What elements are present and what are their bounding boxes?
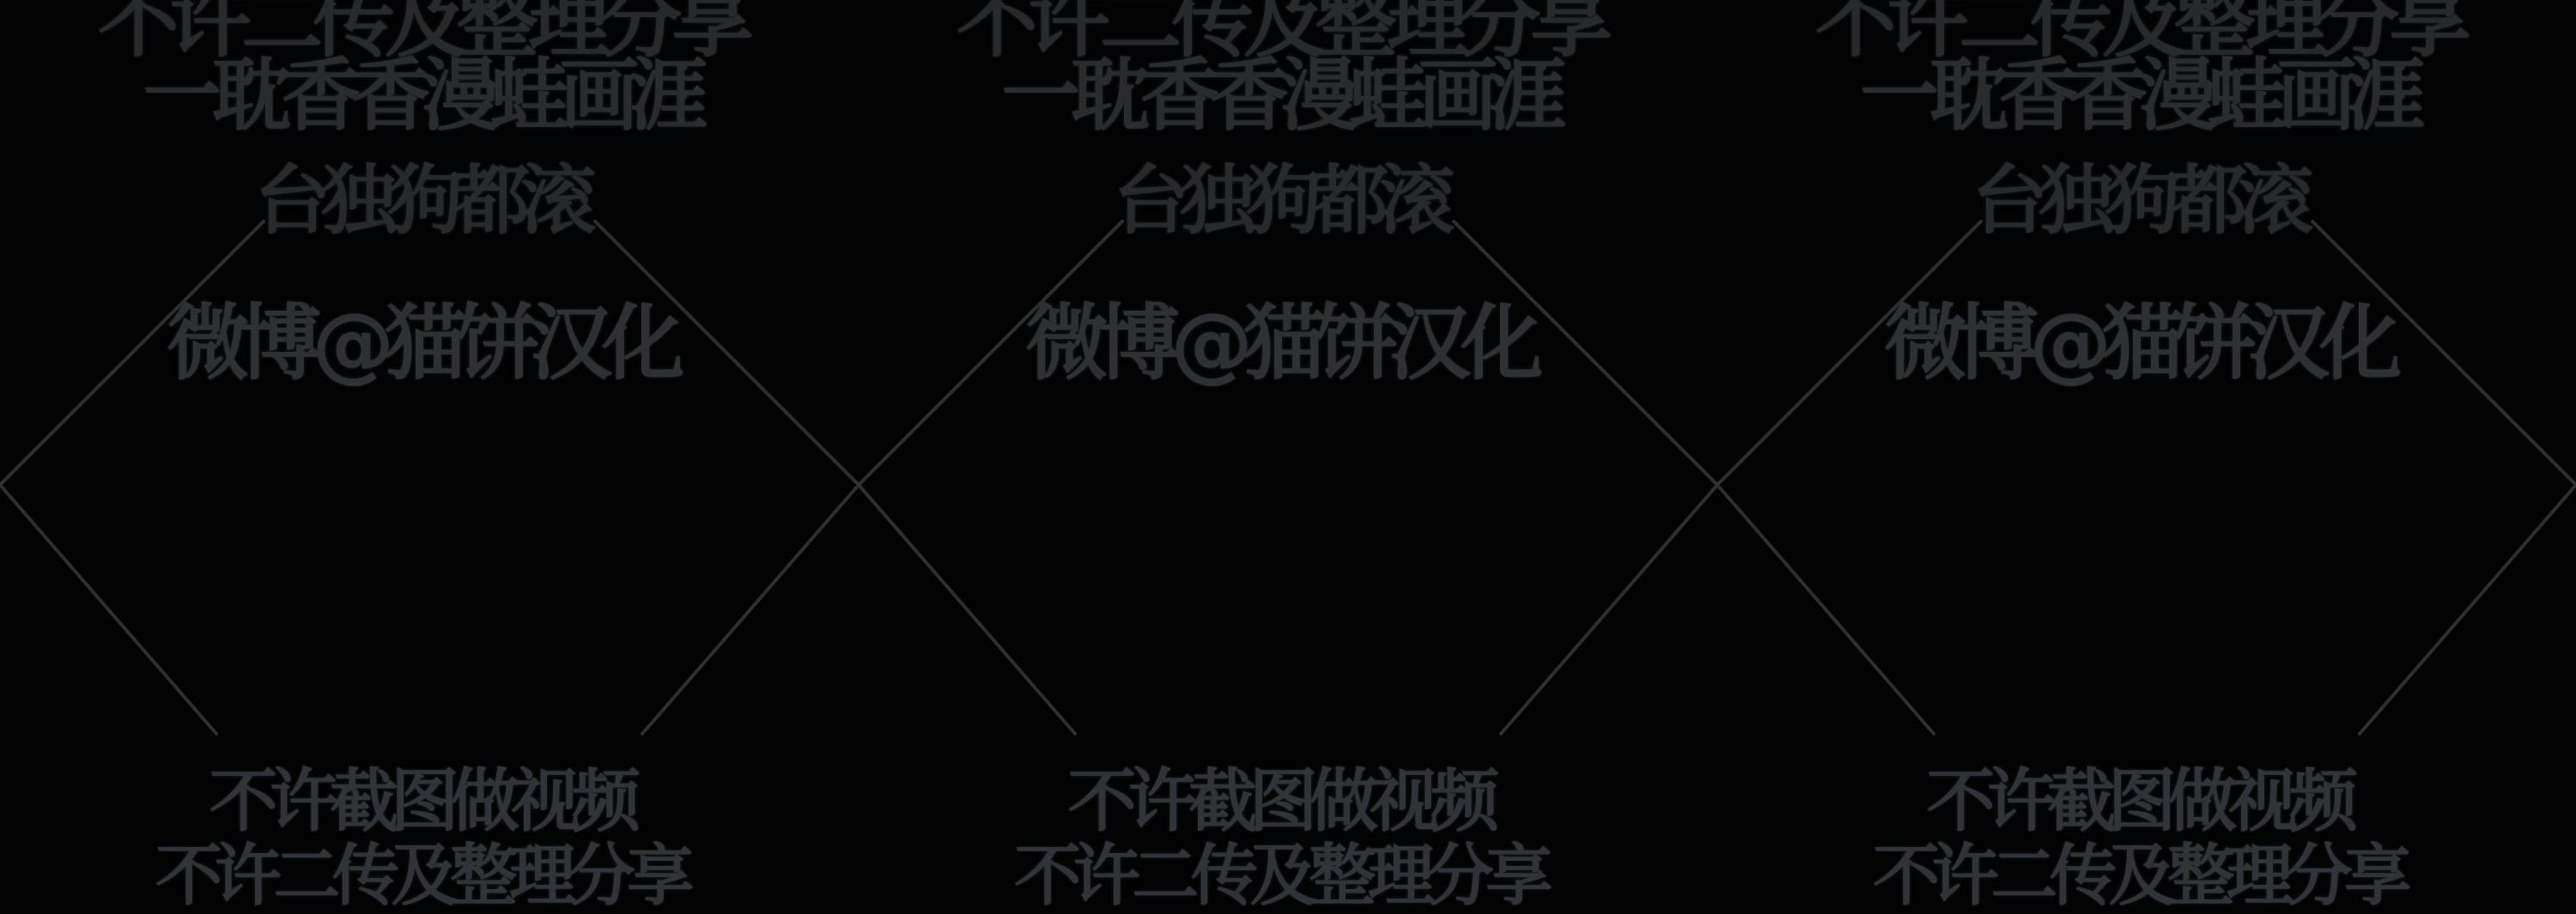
watermark-banned-sites: 一耽香香漫蛙画涯 <box>850 57 1709 136</box>
watermark-taidu-line: 台独狗都滚 <box>850 163 1709 239</box>
watermark-banned-sites: 一耽香香漫蛙画涯 <box>1709 57 2567 136</box>
watermark-taidu-line: 台独狗都滚 <box>0 163 850 239</box>
watermark-no-screenshot: 不许截图做视频 <box>850 767 1709 836</box>
watermark-weibo-credit: 微博@猫饼汉化 <box>850 302 1709 384</box>
watermark-warning-bottom: 不许二传及整理分享 <box>0 843 850 910</box>
censored-comic-page: 不许二传及整理分享 一耽香香漫蛙画涯 台独狗都滚 微博@猫饼汉化 不许截图做视频… <box>0 0 2576 914</box>
watermark-tile-center: 不许二传及整理分享 一耽香香漫蛙画涯 台独狗都滚 微博@猫饼汉化 不许截图做视频… <box>850 0 1709 914</box>
watermark-weibo-credit: 微博@猫饼汉化 <box>1709 302 2567 384</box>
watermark-no-screenshot: 不许截图做视频 <box>0 767 850 836</box>
watermark-no-screenshot: 不许截图做视频 <box>1709 767 2567 836</box>
watermark-tile-left: 不许二传及整理分享 一耽香香漫蛙画涯 台独狗都滚 微博@猫饼汉化 不许截图做视频… <box>0 0 850 914</box>
watermark-tile-right: 不许二传及整理分享 一耽香香漫蛙画涯 台独狗都滚 微博@猫饼汉化 不许截图做视频… <box>1709 0 2567 914</box>
watermark-warning-bottom: 不许二传及整理分享 <box>850 843 1709 910</box>
watermark-weibo-credit: 微博@猫饼汉化 <box>0 302 850 384</box>
watermark-taidu-line: 台独狗都滚 <box>1709 163 2567 239</box>
watermark-banned-sites: 一耽香香漫蛙画涯 <box>0 57 850 136</box>
watermark-warning-bottom: 不许二传及整理分享 <box>1709 843 2567 910</box>
